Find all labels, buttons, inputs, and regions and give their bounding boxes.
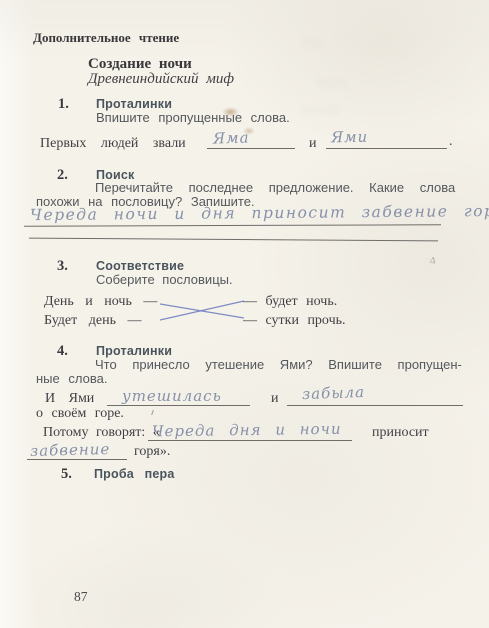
exercise1-number: 1. bbox=[58, 97, 69, 113]
exercise3-right-item-2[interactable]: — сутки прочь. bbox=[243, 313, 346, 328]
workbook-page: ⠿⠿⠿ ⠿⠿⠿⠿ ⠿⠿⠿⠿⠿ Дополнительное чтение Соз… bbox=[0, 0, 489, 628]
exercise4-sentence2-mid: приносит bbox=[372, 425, 429, 440]
exercise3-left-item-2[interactable]: Будет день — bbox=[44, 313, 141, 328]
exercise1-blank2[interactable] bbox=[326, 148, 447, 149]
exercise4-instruction-line1: Что принесло утешение Ями? Впишите пропу… bbox=[95, 358, 462, 372]
exercise4-blank1[interactable] bbox=[107, 405, 250, 406]
page-subtitle: Древнеиндийский миф bbox=[88, 71, 234, 88]
ink-smudge bbox=[243, 127, 255, 135]
bleed-through-smudge: ⠿⠿⠿⠿⠿ bbox=[300, 105, 340, 118]
exercise1-conjunction: и bbox=[309, 136, 317, 151]
ink-smudge bbox=[222, 107, 239, 117]
exercise3-instruction: Соберите пословицы. bbox=[96, 273, 233, 287]
exercise5-title: Проба пера bbox=[94, 468, 175, 482]
exercise3-left-item-1[interactable]: День и ночь — bbox=[44, 294, 157, 309]
exercise1-period: . bbox=[449, 134, 453, 149]
exercise4-instruction-line2: ные слова. bbox=[36, 372, 107, 386]
exercise2-writing-line2[interactable] bbox=[29, 238, 438, 242]
exercise2-answer-handwriting: Череда ночи и дня приносит забвение горя bbox=[30, 203, 489, 224]
exercise2-writing-line1[interactable] bbox=[24, 224, 441, 226]
exercise4-blank2[interactable] bbox=[287, 405, 463, 406]
exercise4-answer3-handwriting: Череда дня и ночи bbox=[152, 421, 342, 440]
exercise1-sentence-start: Первых людей звали bbox=[40, 136, 186, 151]
page-number: 87 bbox=[74, 590, 88, 605]
exercise3-number: 3. bbox=[57, 259, 68, 275]
exercise4-sentence1-start: И Ями bbox=[45, 391, 94, 406]
section-header: Дополнительное чтение bbox=[33, 31, 179, 45]
exercise1-instruction: Впишите пропущенные слова. bbox=[96, 111, 290, 125]
exercise4-answer4-handwriting: забвение bbox=[30, 441, 111, 460]
exercise1-blank1[interactable] bbox=[207, 148, 295, 149]
exercise4-answer1-handwriting: утешилась bbox=[122, 388, 222, 405]
exercise1-answer2-handwriting: Ями bbox=[331, 129, 369, 146]
bleed-through-smudge: ⠿⠿⠿ bbox=[300, 38, 324, 51]
exercise5-number: 5. bbox=[61, 467, 72, 483]
exercise4-conjunction: и bbox=[271, 391, 279, 406]
matching-pen-lines bbox=[150, 296, 254, 324]
exercise4-sentence2-end: горя». bbox=[134, 444, 170, 459]
pencil-mark: ∆ bbox=[429, 256, 436, 267]
exercise3-right-item-1[interactable]: — будет ночь. bbox=[243, 294, 337, 309]
pencil-tick bbox=[151, 410, 154, 415]
exercise4-number: 4. bbox=[57, 344, 68, 360]
exercise2-number: 2. bbox=[57, 168, 68, 184]
exercise4-answer2-handwriting: забыла bbox=[302, 384, 366, 403]
exercise4-sentence2-start: Потому говорят: « bbox=[43, 425, 160, 440]
bleed-through-smudge: ⠿⠿⠿⠿ bbox=[315, 78, 347, 91]
exercise4-sentence1-end: о своём горе. bbox=[36, 406, 124, 421]
exercise4-blank3[interactable] bbox=[148, 440, 352, 441]
